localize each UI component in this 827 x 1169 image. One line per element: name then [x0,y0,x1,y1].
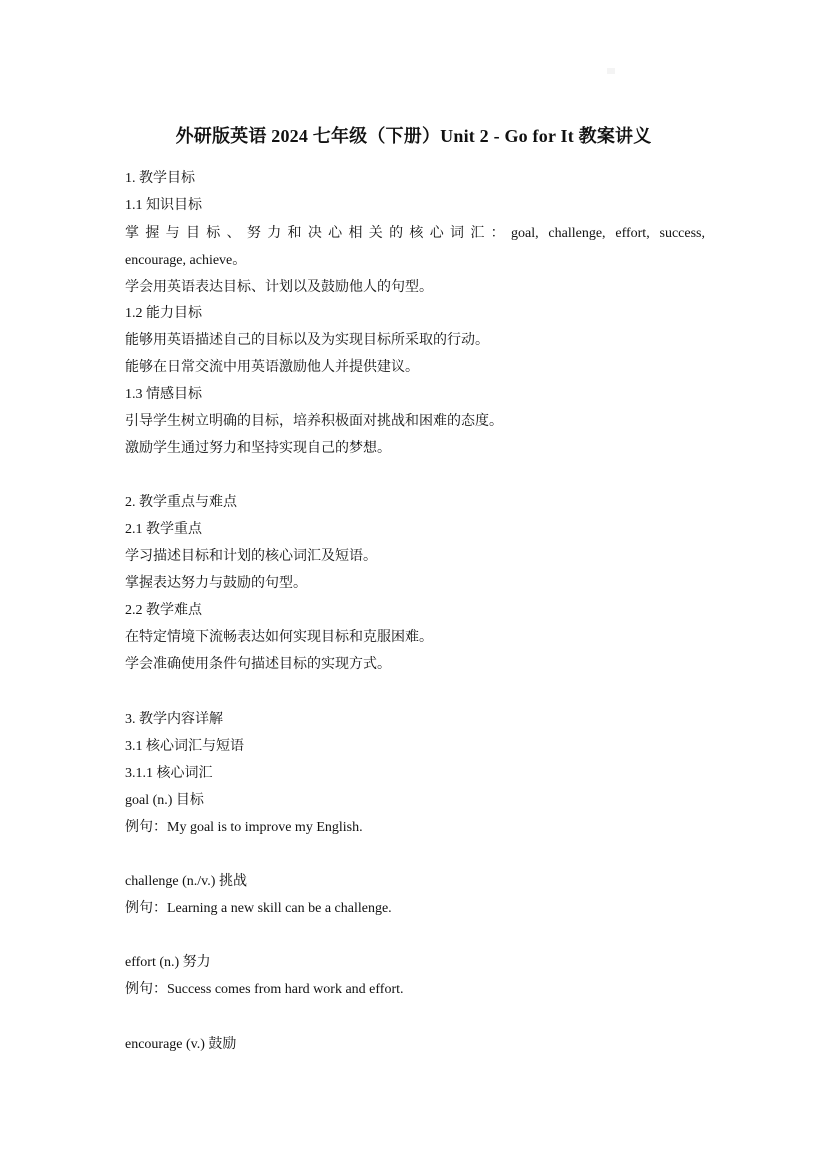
text-line: 3. 教学内容详解 [125,711,223,729]
text-line: 例句：Success comes from hard work and effo… [125,981,404,999]
text-line: 2.1 教学重点 [125,521,202,539]
text-line: 在特定情境下流畅表达如何实现目标和克服困难。 [125,629,433,647]
text-line: 1.1 知识目标 [125,197,202,215]
document-page: 外研版英语 2024 七年级（下册）Unit 2 - Go for It 教案讲… [0,0,827,1169]
document-title: 外研版英语 2024 七年级（下册）Unit 2 - Go for It 教案讲… [0,122,827,148]
text-line: effort (n.) 努力 [125,954,211,972]
text-line: encourage, achieve。 [125,252,246,270]
text-line: 引导学生树立明确的目标，培养积极面对挑战和困难的态度。 [125,413,503,431]
text-line: 学习描述目标和计划的核心词汇及短语。 [125,548,377,566]
text-line: 例句：Learning a new skill can be a challen… [125,900,392,918]
text-line: challenge (n./v.) 挑战 [125,873,247,891]
text-line: 3.1 核心词汇与短语 [125,738,244,756]
text-line: 掌握与目标、努力和决心相关的核心词汇：goal, challenge, effo… [125,225,705,243]
text-line: 激励学生通过努力和坚持实现自己的梦想。 [125,440,391,458]
text-line: 能够用英语描述自己的目标以及为实现目标所采取的行动。 [125,332,489,350]
text-line: 学会用英语表达目标、计划以及鼓励他人的句型。 [125,279,433,297]
text-line: encourage (v.) 鼓励 [125,1036,236,1054]
text-line: 例句：My goal is to improve my English. [125,819,363,837]
text-line: 2. 教学重点与难点 [125,494,237,512]
text-line: 能够在日常交流中用英语激励他人并提供建议。 [125,359,419,377]
text-line: 2.2 教学难点 [125,602,202,620]
scan-mark [607,68,615,74]
text-line: 掌握表达努力与鼓励的句型。 [125,575,307,593]
text-line: 1.3 情感目标 [125,386,202,404]
text-line: 1. 教学目标 [125,170,195,188]
text-line: 3.1.1 核心词汇 [125,765,213,783]
text-line: goal (n.) 目标 [125,792,204,810]
text-line: 学会准确使用条件句描述目标的实现方式。 [125,656,391,674]
text-line: 1.2 能力目标 [125,305,202,323]
